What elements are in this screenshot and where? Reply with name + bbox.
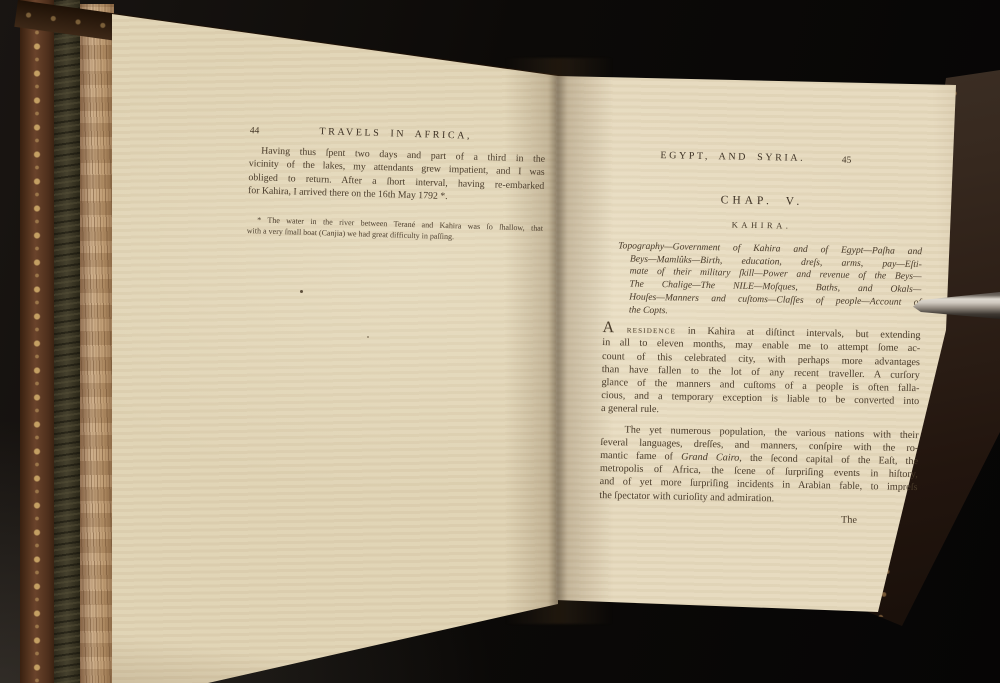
right-page-text: EGYPT, AND SYRIA. 45 CHAP. V. KAHIRA. To…: [595, 149, 924, 527]
paragraph-1: A residence in Kahira at diſtinct interv…: [601, 323, 921, 422]
marbled-endpaper-edge: [54, 0, 80, 683]
paper-speck: [300, 290, 303, 293]
paragraph-2: The yet numerous population, the various…: [599, 423, 918, 508]
book-photo: 44 TRAVELS IN AFRICA, Having thus ſpent …: [0, 0, 1000, 683]
small-caps-word: residence: [627, 325, 677, 337]
paper-speck: [367, 336, 369, 338]
italic-phrase: Grand Cairo: [681, 452, 739, 464]
chapter-summary: Topography—Government of Kahira and of E…: [599, 240, 922, 322]
body-line-part: mantic fame of: [600, 450, 681, 463]
page-stack-fore-edge: [80, 4, 114, 683]
body-paragraph: Having thus ſpent two days and part of a…: [248, 144, 545, 206]
left-cover-edge: [20, 0, 54, 683]
chapter-title: KAHIRA.: [601, 217, 923, 233]
chapter-heading: CHAP. V.: [601, 192, 923, 210]
page-number: 45: [842, 156, 852, 166]
page-number: 44: [250, 126, 260, 136]
drop-cap: A: [602, 319, 615, 336]
left-page-text: 44 TRAVELS IN AFRICA, Having thus ſpent …: [243, 124, 546, 244]
